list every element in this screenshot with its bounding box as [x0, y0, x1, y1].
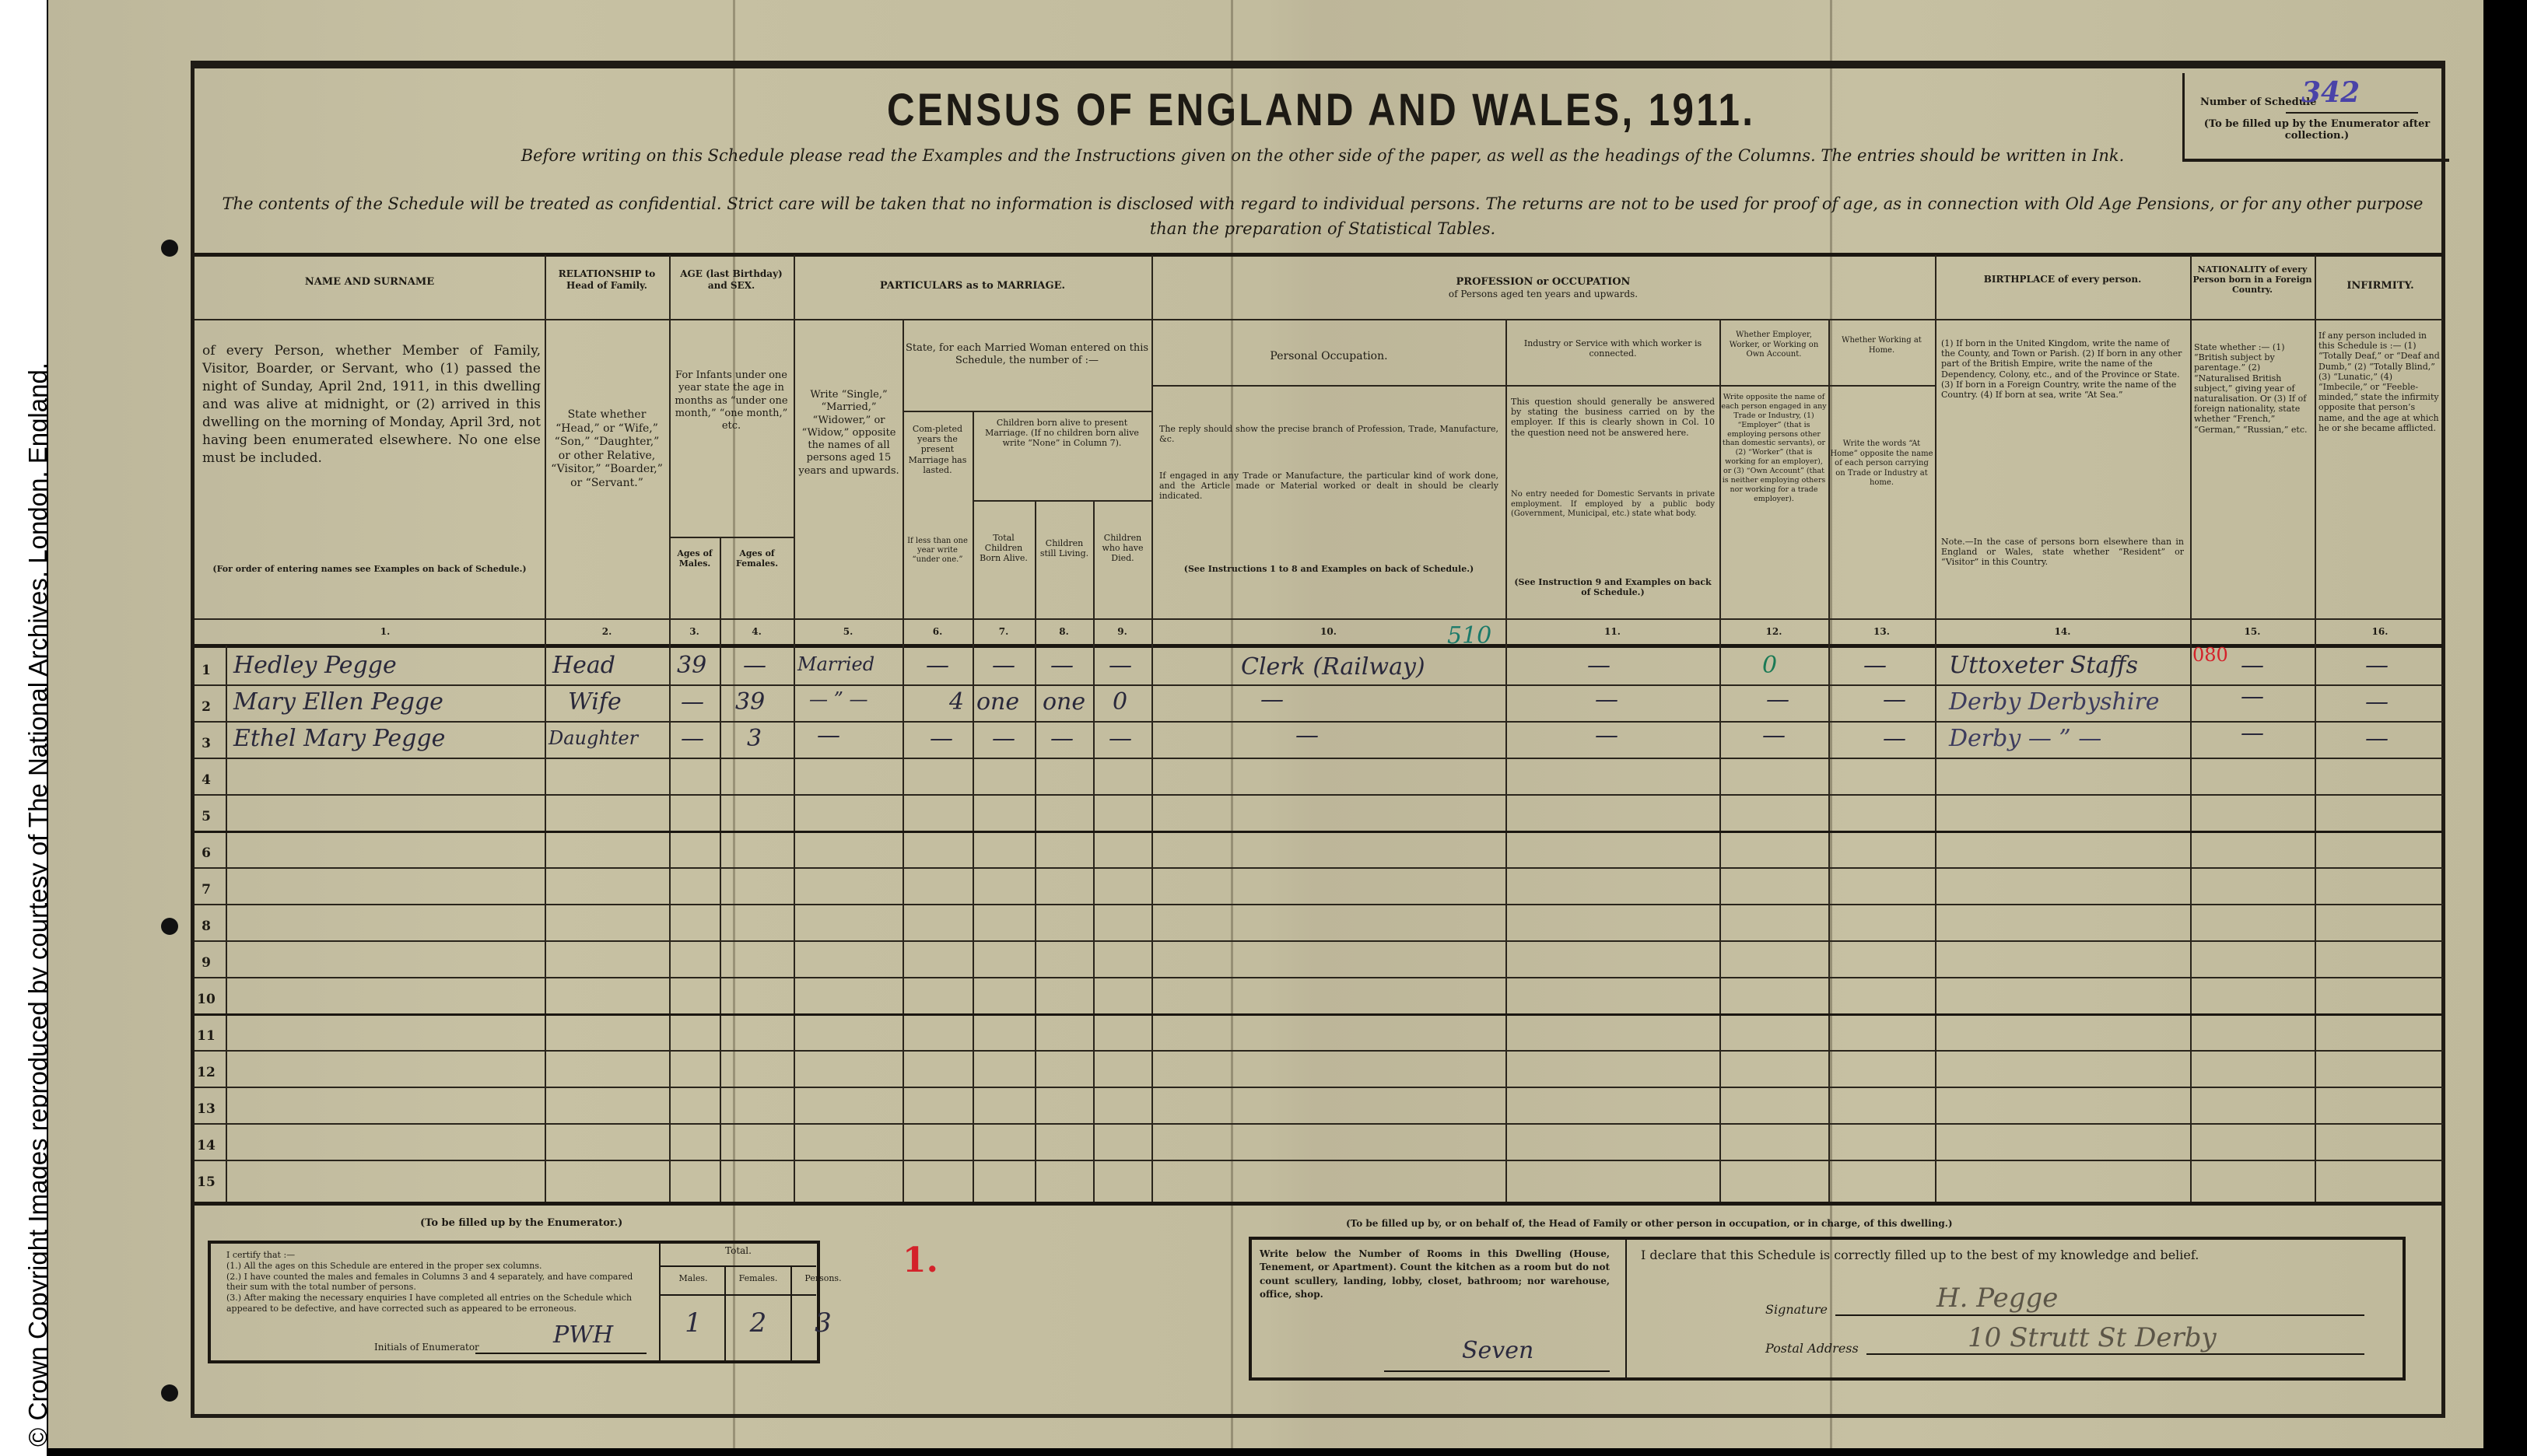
col-industry-note: (See Instruction 9 and Examples on back … — [1511, 577, 1715, 597]
col-occupation-subtitle: of Persons aged ten years and upwards. — [1449, 289, 1638, 299]
schedule-number-note: (To be filled up by the Enumerator after… — [2192, 118, 2441, 142]
rooms-value[interactable]: Seven — [1462, 1337, 1533, 1364]
col-number: 14. — [1935, 626, 2190, 637]
cell-age-females[interactable]: 39 — [735, 688, 765, 716]
punch-hole — [161, 1384, 178, 1402]
cell-children-died[interactable]: — — [1109, 725, 1132, 752]
col-birthplace-title: BIRTHPLACE of every person. — [1936, 274, 2189, 285]
col-infirmity-title: INFIRMITY. — [2316, 280, 2445, 292]
col-relationship-title: RELATIONSHIP to Head of Family. — [546, 268, 668, 292]
cell-total-children[interactable]: — — [992, 652, 1015, 679]
enumerator-box: I certify that :— (1.) All the ages on t… — [208, 1241, 820, 1363]
cell-employer[interactable]: 0 — [1762, 652, 1777, 679]
enumerator-certificate: I certify that :— (1.) All the ages on t… — [226, 1250, 647, 1314]
row-number: 6 — [195, 845, 218, 861]
postal-address-label: Postal Address — [1765, 1341, 1859, 1356]
cell-children-died[interactable]: — — [1109, 652, 1132, 679]
cell-name[interactable]: Hedley Pegge — [233, 652, 397, 679]
cell-birthplace[interactable]: Derby — ” — — [1949, 725, 2101, 752]
col-name-title: NAME AND SURNAME — [198, 276, 541, 289]
row-number: 9 — [195, 955, 218, 971]
males-total[interactable]: 1 — [662, 1307, 724, 1339]
col-number: 2. — [545, 626, 669, 637]
cell-children-living[interactable]: one — [1043, 688, 1085, 716]
rooms-instruction: Write below the Number of Rooms in this … — [1260, 1248, 1610, 1302]
col-number: 13. — [1828, 626, 1935, 637]
col-marriage-condition: Write “Single,” “Married,” “Widower,” or… — [797, 389, 901, 478]
col-marriage-years: Com-pleted years the present Marriage ha… — [904, 424, 971, 475]
certify-item: (3.) After making the necessary enquirie… — [226, 1293, 647, 1314]
row-rule — [195, 1087, 2443, 1088]
cell-years[interactable]: — — [930, 725, 953, 752]
col-age-males: Ages of Males. — [671, 548, 719, 569]
initials-label: Initials of Enumerator — [374, 1342, 479, 1353]
col-nationality-body: State whether :— (1) “British subject by… — [2194, 342, 2311, 435]
col-name-body: of every Person, whether Member of Famil… — [202, 342, 541, 467]
col-number: 12. — [1719, 626, 1828, 637]
col-number: 6. — [902, 626, 973, 637]
certify-item: (1.) All the ages on this Schedule are e… — [226, 1261, 647, 1272]
column-divider — [2190, 255, 2192, 1202]
col-age-body: For Infants under one year state the age… — [673, 369, 790, 432]
col-home-body: Write the words “At Home” opposite the n… — [1830, 439, 1933, 488]
cell-employer[interactable]: — — [1762, 722, 1786, 749]
persons-total[interactable]: 3 — [792, 1307, 854, 1339]
col-number: 3. — [669, 626, 720, 637]
cell-infirmity[interactable]: — — [2365, 652, 2389, 679]
schedule-number-box: Number of Schedule 342 (To be filled up … — [2182, 73, 2449, 162]
col-marriage-children: Children born alive to present Marriage.… — [974, 418, 1150, 449]
col-industry: Industry or Service with which worker is… — [1509, 338, 1716, 359]
row-rule — [195, 977, 2443, 978]
cell-home[interactable]: — — [1883, 686, 1906, 713]
header-rule — [195, 319, 2443, 320]
col-personal-body-2: If engaged in any Trade or Manufacture, … — [1159, 471, 1498, 502]
col-marriage-total: Total Children Born Alive. — [974, 533, 1033, 564]
cell-birthplace[interactable]: Derby Derbyshire — [1949, 688, 2160, 716]
cell-children-living[interactable]: — — [1050, 725, 1074, 752]
cell-name[interactable]: Ethel Mary Pegge — [233, 725, 445, 752]
col-personal-occupation: Personal Occupation. — [1153, 350, 1505, 364]
cell-infirmity[interactable]: — — [2365, 725, 2389, 752]
copyright-strip: © Crown Copyright Images reproduced by c… — [0, 0, 47, 1456]
cell-name[interactable]: Mary Ellen Pegge — [233, 688, 443, 716]
red-check-mark: 1. — [902, 1241, 938, 1280]
cell-age-males[interactable]: — — [681, 725, 704, 752]
col-nationality-title: NATIONALITY of every Person born in a Fo… — [2192, 264, 2313, 296]
col-employer-body: Write opposite the name of each person e… — [1721, 393, 1827, 504]
header-bottom-rule — [195, 618, 2443, 620]
col-number: 9. — [1093, 626, 1151, 637]
declaration-text: I declare that this Schedule is correctl… — [1641, 1248, 2199, 1262]
sub-rule — [902, 411, 1151, 412]
col-number: 8. — [1035, 626, 1093, 637]
row-rule — [195, 684, 2443, 686]
row-rule — [195, 721, 2443, 723]
col-industry-body: This question should generally be answer… — [1511, 397, 1715, 438]
row-rule — [195, 1160, 2443, 1161]
column-number-rule — [195, 644, 2443, 648]
sub-rule — [973, 500, 1151, 502]
signature-label: Signature — [1765, 1302, 1828, 1317]
cell-total-children[interactable]: one — [976, 688, 1019, 716]
table-top-rule — [195, 253, 2443, 257]
postal-address-value[interactable]: 10 Strutt St Derby — [1968, 1322, 2217, 1353]
total-label: Total. — [661, 1245, 816, 1256]
row-rule — [195, 1050, 2443, 1052]
col-industry-body-2: No entry needed for Domestic Servants in… — [1511, 490, 1715, 520]
punch-hole — [161, 918, 178, 935]
row-number: 8 — [195, 919, 218, 934]
cell-nationality[interactable]: — — [2241, 652, 2264, 679]
instruction-line: Before writing on this Schedule please r… — [498, 146, 2147, 165]
row-number: 13 — [195, 1101, 218, 1117]
col-marriage-title: PARTICULARS as to MARRIAGE. — [795, 280, 1150, 292]
column-divider — [1935, 255, 1936, 1202]
row-number: 7 — [195, 882, 218, 898]
cell-relationship[interactable]: Daughter — [549, 727, 638, 749]
column-divider — [226, 646, 227, 1202]
head-heading: (To be filled up by, or on behalf of, th… — [1346, 1218, 1953, 1229]
schedule-number-value[interactable]: 342 — [2301, 76, 2360, 109]
col-name-note: (For order of entering names see Example… — [198, 564, 541, 574]
cell-employer[interactable]: — — [1766, 686, 1789, 713]
row-number: 2 — [195, 699, 218, 715]
initials-value[interactable]: PWH — [553, 1321, 613, 1349]
cell-occupation[interactable]: — — [1260, 686, 1284, 713]
cell-home[interactable]: — — [1883, 725, 1906, 752]
col-employer: Whether Employer, Worker, or Working on … — [1721, 331, 1827, 360]
cell-age-males[interactable]: 39 — [677, 652, 706, 679]
row-number: 12 — [195, 1065, 218, 1080]
col-personal-body-1: The reply should show the precise branch… — [1159, 424, 1498, 444]
cell-home[interactable]: — — [1863, 652, 1887, 679]
head-declaration-box: Write below the Number of Rooms in this … — [1249, 1237, 2406, 1381]
row-number: 3 — [195, 736, 218, 751]
col-birthplace-note: Note.—In the case of persons born elsewh… — [1941, 537, 2184, 568]
certify-item: (2.) I have counted the males and female… — [226, 1272, 647, 1293]
cell-age-females[interactable]: — — [743, 652, 766, 679]
females-label: Females. — [726, 1273, 790, 1283]
column-divider — [1035, 500, 1036, 1202]
cell-nationality[interactable]: — — [2241, 719, 2264, 747]
row-rule — [195, 1013, 2443, 1016]
row-number: 15 — [195, 1174, 218, 1190]
col-occupation-title: PROFESSION or OCCUPATIONof Persons aged … — [1153, 276, 1933, 300]
cell-condition[interactable]: — — [817, 722, 840, 749]
column-divider — [1151, 255, 1153, 1202]
row-rule — [195, 794, 2443, 796]
col-infirmity-body: If any person included in this Schedule … — [2318, 331, 2443, 433]
row-rule — [195, 831, 2443, 833]
cell-birthplace-code[interactable]: 080 — [2192, 644, 2228, 666]
column-divider — [973, 411, 974, 1202]
cell-years[interactable]: 4 — [949, 688, 964, 716]
punch-hole — [161, 240, 178, 257]
col-personal-note: (See Instructions 1 to 8 and Examples on… — [1159, 564, 1498, 574]
cell-occupation[interactable]: — — [1295, 722, 1319, 749]
column-divider — [2315, 255, 2316, 1202]
col-number: 5. — [794, 626, 902, 637]
cell-relationship[interactable]: Wife — [568, 688, 622, 716]
confidential-line-2: than the preparation of Statistical Tabl… — [214, 219, 2431, 238]
col-home: Whether Working at Home. — [1830, 336, 1933, 355]
col-marriage-died: Children who have Died. — [1095, 533, 1151, 564]
confidential-line: The contents of the Schedule will be tre… — [214, 194, 2431, 213]
schedule-number-label: Number of Schedule — [2200, 96, 2316, 108]
row-rule — [195, 940, 2443, 942]
col-number: 16. — [2315, 626, 2445, 637]
row-number: 10 — [195, 992, 218, 1007]
row-rule — [195, 1123, 2443, 1125]
cell-total-children[interactable]: — — [992, 725, 1015, 752]
sub-rule — [1151, 385, 1935, 387]
cell-condition[interactable]: Married — [797, 653, 874, 675]
row-number: 11 — [195, 1028, 218, 1044]
row-number: 14 — [195, 1138, 218, 1153]
column-divider — [794, 255, 795, 1202]
cell-occupation[interactable]: Clerk (Railway) — [1241, 653, 1425, 681]
cell-infirmity[interactable]: — — [2365, 688, 2389, 716]
cell-children-living[interactable]: — — [1050, 652, 1074, 679]
females-total[interactable]: 2 — [726, 1307, 790, 1339]
col-marriage-living: Children still Living. — [1036, 538, 1092, 558]
cell-industry[interactable]: — — [1595, 722, 1618, 749]
row-rule — [195, 867, 2443, 869]
col-number: 7. — [973, 626, 1035, 637]
row-number: 1 — [195, 663, 218, 678]
col-birthplace-body: (1) If born in the United Kingdom, write… — [1941, 338, 2184, 400]
cell-condition[interactable]: — ” — — [809, 688, 868, 710]
cell-birthplace[interactable]: Uttoxeter Staffs — [1949, 652, 2138, 679]
row-number: 5 — [195, 809, 218, 824]
signature-value[interactable]: H. Pegge — [1936, 1283, 2058, 1314]
males-label: Males. — [662, 1273, 724, 1283]
cell-nationality[interactable]: — — [2241, 683, 2264, 710]
sub-rule — [669, 537, 794, 538]
col-age-females: Ages of Females. — [721, 548, 793, 569]
column-divider — [1505, 319, 1507, 1202]
certify-text: I certify that :— — [226, 1250, 647, 1261]
cell-years[interactable]: — — [926, 652, 949, 679]
page-title: CENSUS OF ENGLAND AND WALES, 1911. — [887, 84, 1755, 136]
column-divider — [545, 255, 546, 1202]
cell-occupation-code[interactable]: 510 — [1447, 622, 1491, 649]
col-number: 15. — [2190, 626, 2315, 637]
col-relationship-body: State whether “Head,” or “Wife,” “Son,” … — [549, 408, 665, 490]
column-divider — [1093, 500, 1095, 1202]
cell-industry[interactable]: — — [1587, 652, 1610, 679]
cell-age-males[interactable]: — — [681, 688, 704, 716]
col-number: 11. — [1505, 626, 1719, 637]
cell-children-died[interactable]: 0 — [1113, 688, 1127, 716]
row-number: 4 — [195, 772, 218, 788]
col-marriage-years-note: If less than one year write “under one.” — [904, 537, 971, 565]
col-marriage-state: State, for each Married Woman entered on… — [904, 342, 1150, 368]
col-age-title: AGE (last Birthday) and SEX. — [671, 268, 792, 292]
cell-relationship[interactable]: Head — [552, 652, 615, 679]
column-divider — [669, 255, 671, 1202]
col-number: 1. — [226, 626, 545, 637]
cell-industry[interactable]: — — [1595, 686, 1618, 713]
table-bottom-rule — [195, 1202, 2443, 1206]
row-rule — [195, 758, 2443, 759]
persons-label: Persons. — [792, 1273, 854, 1283]
enumerator-heading: (To be filled up by the Enumerator.) — [420, 1217, 622, 1229]
cell-age-females[interactable]: 3 — [747, 725, 762, 752]
col-number: 4. — [720, 626, 794, 637]
row-rule — [195, 904, 2443, 905]
